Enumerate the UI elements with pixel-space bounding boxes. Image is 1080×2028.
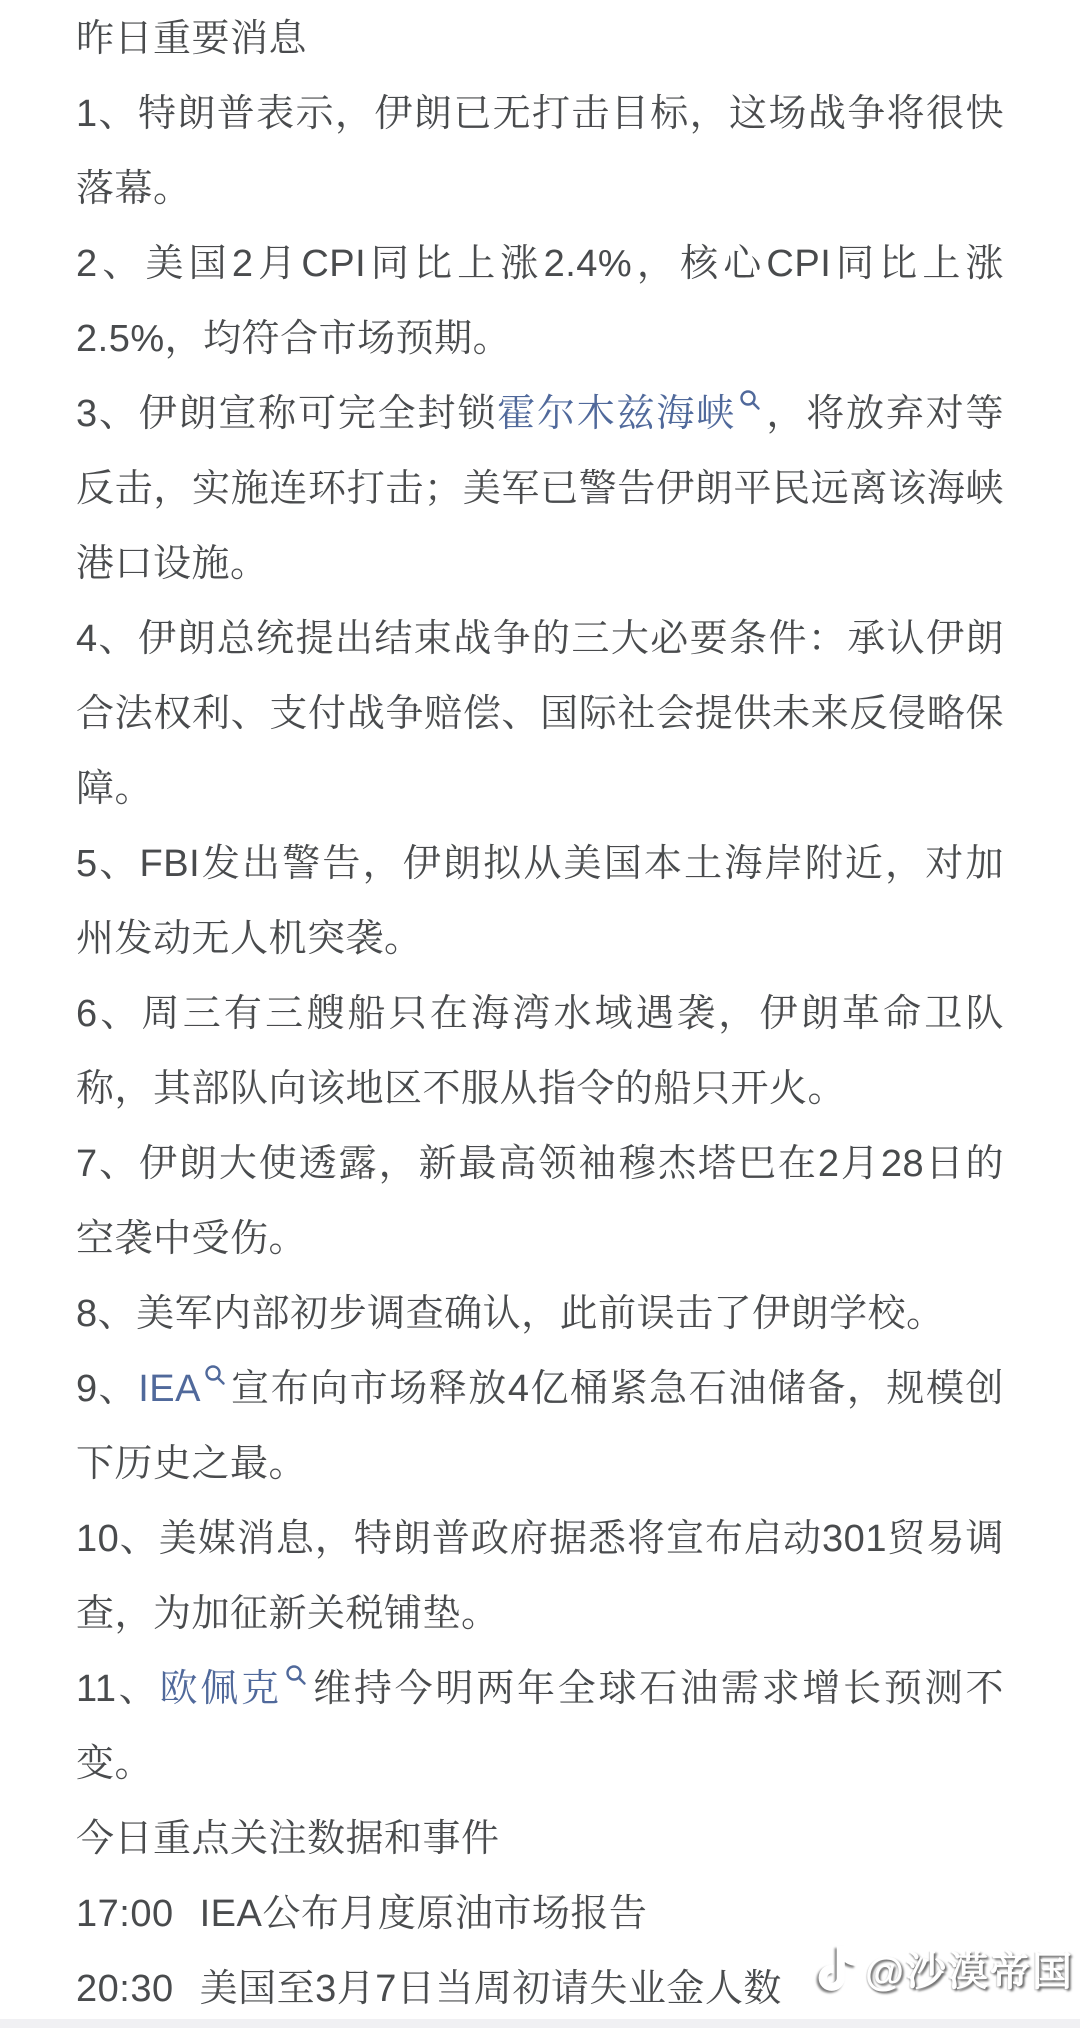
news-text: 8、美军内部初步调查确认，此前误击了伊朗学校。 [76,1293,945,1335]
yesterday-section-title: 昨日重要消息 [76,2,1004,77]
news-text: 2、美国2月CPI同比上涨2.4%，核心CPI同比上涨2.5%，均符合市场预期。 [76,243,1004,360]
news-item: 2、美国2月CPI同比上涨2.4%，核心CPI同比上涨2.5%，均符合市场预期。 [76,227,1004,377]
news-item: 6、周三有三艘船只在海湾水域遇袭，伊朗革命卫队称，其部队向该地区不服从指令的船只… [76,977,1004,1127]
event-time: 17:00 [76,1877,174,1952]
news-item: 5、FBI发出警告，伊朗拟从美国本土海岸附近，对加州发动无人机突袭。 [76,827,1004,977]
search-icon[interactable] [284,1663,308,1687]
news-text: 6、周三有三艘船只在海湾水域遇袭，伊朗革命卫队称，其部队向该地区不服从指令的船只… [76,993,1004,1110]
news-item: 3、伊朗宣称可完全封锁霍尔木兹海峡，将放弃对等反击，实施连环打击；美军已警告伊朗… [76,377,1004,602]
search-icon[interactable] [738,388,762,412]
watermark: @沙漠帝国 [812,1940,1074,1997]
event-text: IEA公布月度原油市场报告 [200,1893,648,1935]
entity-link[interactable]: 欧佩克 [160,1668,282,1710]
news-text: 7、伊朗大使透露，新最高领袖穆杰塔巴在2月28日的空袭中受伤。 [76,1143,1004,1260]
news-text: 3、伊朗宣称可完全封锁 [76,393,497,435]
news-text: 9、 [76,1368,138,1410]
news-text: 1、特朗普表示，伊朗已无打击目标，这场战争将很快落幕。 [76,93,1004,210]
news-item: 11、欧佩克维持今明两年全球石油需求增长预测不变。 [76,1652,1004,1802]
watermark-text: @沙漠帝国 [865,1940,1074,1997]
douyin-icon [812,1943,860,1995]
news-text: 10、美媒消息，特朗普政府据悉将宣布启动301贸易调查，为加征新关税铺垫。 [76,1518,1004,1635]
news-item: 8、美军内部初步调查确认，此前误击了伊朗学校。 [76,1277,1004,1352]
event-text: 美国至3月7日当周初请失业金人数 [200,1968,782,2010]
news-text: 4、伊朗总统提出结束战争的三大必要条件：承认伊朗合法权利、支付战争赔偿、国际社会… [76,618,1004,810]
news-item: 7、伊朗大使透露，新最高领袖穆杰塔巴在2月28日的空袭中受伤。 [76,1127,1004,1277]
search-icon[interactable] [203,1363,227,1387]
entity-link[interactable]: 霍尔木兹海峡 [497,393,736,435]
bottom-divider [0,2019,1080,2028]
article-body: 昨日重要消息 1、特朗普表示，伊朗已无打击目标，这场战争将很快落幕。2、美国2月… [0,0,1080,2027]
news-item: 4、伊朗总统提出结束战争的三大必要条件：承认伊朗合法权利、支付战争赔偿、国际社会… [76,602,1004,827]
news-text: 5、FBI发出警告，伊朗拟从美国本土海岸附近，对加州发动无人机突袭。 [76,843,1004,960]
entity-link[interactable]: IEA [138,1368,201,1410]
event-time: 20:30 [76,1952,174,2027]
news-item: 9、IEA宣布向市场释放4亿桶紧急石油储备，规模创下历史之最。 [76,1352,1004,1502]
today-section-title: 今日重点关注数据和事件 [76,1802,1004,1877]
news-item: 10、美媒消息，特朗普政府据悉将宣布启动301贸易调查，为加征新关税铺垫。 [76,1502,1004,1652]
news-text: 11、 [76,1668,160,1710]
news-item: 1、特朗普表示，伊朗已无打击目标，这场战争将很快落幕。 [76,77,1004,227]
news-list: 1、特朗普表示，伊朗已无打击目标，这场战争将很快落幕。2、美国2月CPI同比上涨… [76,77,1004,1802]
